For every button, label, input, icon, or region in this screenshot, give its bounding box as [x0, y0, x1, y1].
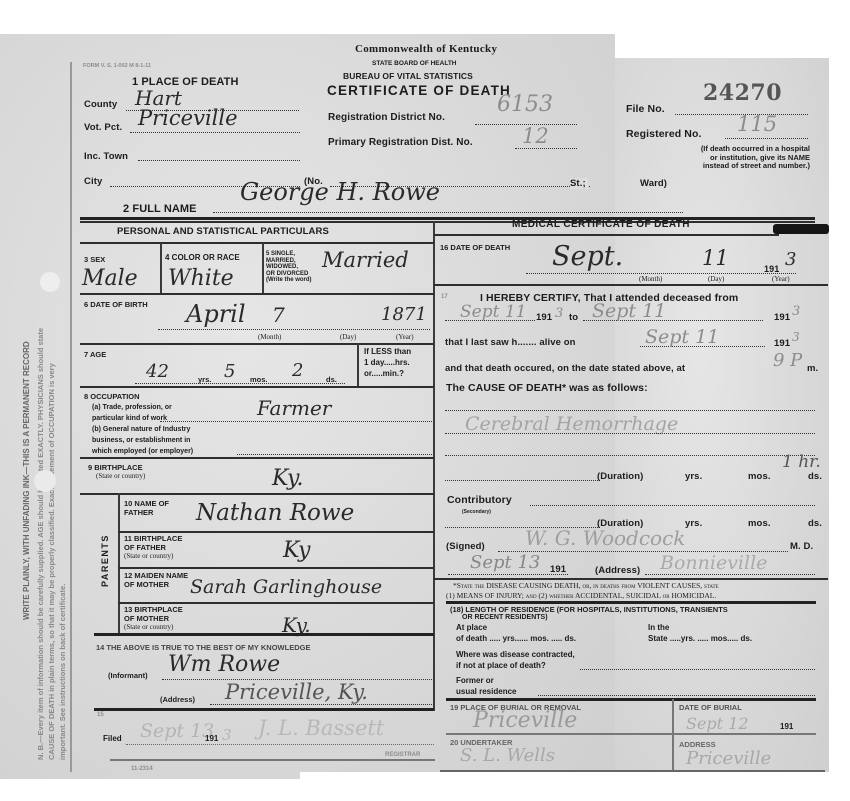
occupation-label: 8 OCCUPATION: [84, 392, 140, 401]
duration-line: [445, 480, 600, 481]
rule-parents: [80, 493, 434, 495]
hospital-note: (If death occurred in a hospital or inst…: [698, 145, 810, 171]
duration-yrs: yrs.: [685, 471, 702, 482]
birthplace-value[interactable]: Ky.: [272, 466, 304, 491]
where-contracted: Where was disease contracted,: [456, 650, 575, 659]
age-yrs-label: yrs.: [198, 375, 211, 384]
commonwealth-title: Commonwealth of Kentucky: [355, 43, 497, 55]
registrar-signature[interactable]: J. L. Bassett: [258, 716, 384, 740]
signed-date-year: 191: [550, 564, 566, 575]
occupation-value[interactable]: Farmer: [257, 396, 331, 420]
personal-heading: PERSONAL AND STATISTICAL PARTICULARS: [117, 226, 329, 237]
certify-number: 17: [441, 294, 448, 300]
at-place-label: At place: [456, 623, 487, 632]
registration-district-label: Registration District No.: [328, 112, 445, 123]
rule-top-2: [80, 221, 815, 223]
full-name-line: [213, 212, 683, 213]
full-name-label: 2 FULL NAME: [123, 203, 197, 215]
duration-ds: ds.: [808, 471, 822, 482]
informant-value[interactable]: Wm Rowe: [168, 652, 280, 677]
cause-line-2: [445, 433, 815, 434]
dob-year-caption: (Year): [396, 333, 414, 341]
dod-day[interactable]: 11: [702, 246, 729, 270]
in-the-label: In the: [648, 623, 669, 632]
filed-year-suffix[interactable]: 3: [222, 726, 232, 744]
mother-birthplace-label: 13 BIRTHPLACE OF MOTHER (State or countr…: [124, 606, 183, 632]
cause-text: The CAUSE OF DEATH* was as follows:: [446, 382, 648, 394]
scan-edge: [300, 772, 615, 782]
rule-certify: [434, 284, 828, 286]
occupation-line: [160, 421, 432, 422]
vot-pct-value[interactable]: Priceville: [138, 106, 238, 130]
contracted-line: [580, 669, 815, 670]
registered-no-value[interactable]: 115: [737, 112, 777, 136]
certificate-title: CERTIFICATE OF DEATH: [327, 83, 511, 98]
dob-label: 6 DATE OF BIRTH: [84, 300, 148, 309]
informant-heading: 14 THE ABOVE IS TRUE TO THE BEST OF MY K…: [96, 643, 310, 652]
mother-label: 12 MAIDEN NAME OF MOTHER: [124, 571, 188, 589]
attended-to-year-suffix[interactable]: 3: [792, 304, 800, 319]
margin-instructions-4: important. See instructions on back of c…: [58, 584, 67, 760]
rule-filed: [94, 708, 434, 711]
rule-bottom-left: [110, 759, 435, 761]
form-code: FORM V. S. 1-002 M 8-1-11: [83, 63, 151, 69]
form-footer: 11-2314: [131, 766, 153, 772]
rule-residence: [446, 601, 816, 604]
primary-registration-value[interactable]: 12: [522, 124, 549, 148]
divider-burial: [672, 699, 674, 771]
attended-to-year: 191: [774, 312, 790, 323]
signed-value[interactable]: W. G. Woodcock: [525, 526, 685, 550]
signed-date[interactable]: Sept 13: [470, 552, 540, 573]
attended-from-year-suffix[interactable]: 3: [555, 306, 563, 321]
rule-personal: [80, 242, 434, 244]
to-label: to: [569, 312, 578, 323]
if-not-place: if not at place of death?: [456, 661, 546, 670]
dob-year[interactable]: 1871: [381, 304, 427, 325]
scan-artifact: [773, 224, 829, 234]
father-label: 10 NAME OF FATHER: [124, 499, 169, 517]
dod-year-prefix: 191: [764, 264, 779, 274]
cause-value[interactable]: Cerebral Hemorrhage: [465, 413, 678, 435]
rule-burial: [446, 698, 816, 701]
punch-hole-top: [40, 272, 60, 292]
signed-address-line: [645, 574, 815, 575]
last-saw-year: 191: [774, 338, 790, 349]
occupation-line-2: [237, 454, 432, 455]
former-label: Former or: [456, 676, 494, 685]
attended-from-value[interactable]: Sept 11: [460, 302, 526, 322]
margin-instructions-1: WRITE PLAINLY, WITH UNFADING INK—THIS IS…: [22, 341, 31, 620]
signed-address-value[interactable]: Bonnieville: [660, 552, 767, 574]
filed-date[interactable]: Sept 13: [140, 720, 214, 742]
birthplace-label: 9 BIRTHPLACE: [88, 463, 143, 472]
race-value[interactable]: White: [168, 266, 234, 291]
last-saw-text: that I last saw h....... alive on: [445, 337, 576, 348]
st-label: St.;: [570, 178, 588, 189]
informant-address-value[interactable]: Priceville, Ky.: [225, 680, 368, 704]
margin-instructions-2: N. B.—Every item of information should b…: [36, 328, 45, 760]
mother-value[interactable]: Sarah Garlinghouse: [190, 576, 382, 598]
father-value[interactable]: Nathan Rowe: [196, 500, 354, 526]
burial-year: 191: [780, 722, 793, 731]
county-label: County: [84, 99, 117, 110]
dob-line: [158, 329, 430, 330]
rule-dob: [80, 293, 434, 295]
cause-line-3: [445, 455, 815, 456]
dod-year-caption: (Year): [772, 275, 790, 283]
dob-month[interactable]: April: [186, 300, 246, 328]
registrar-label: REGISTRAR: [385, 752, 420, 758]
filed-number: 15: [97, 712, 104, 718]
filed-line: [126, 744, 434, 745]
dob-day-caption: (Day): [340, 333, 356, 341]
footnote-1: *State the DISEASE CAUSING DEATH, or, in…: [453, 581, 719, 590]
age-line: [135, 383, 345, 384]
md-label: M. D.: [790, 541, 813, 552]
attended-to-value[interactable]: Sept 11: [592, 300, 666, 322]
rule-mother: [118, 567, 434, 569]
marital-label: 5 SINGLE, MARRIED, WIDOWED, OR DIVORCED …: [266, 251, 312, 284]
dod-day-caption: (Day): [708, 275, 724, 283]
sex-label: 3 SEX: [84, 255, 105, 264]
burial-date-label: DATE OF BURIAL: [679, 703, 742, 712]
date-of-death-line: [526, 273, 796, 274]
divider-center: [433, 221, 435, 711]
residence-heading-2: OR RECENT RESIDENTS): [462, 614, 548, 621]
undertaker-value[interactable]: S. L. Wells: [460, 745, 555, 766]
dob-day[interactable]: 7: [272, 303, 285, 327]
parents-label: PARENTS: [100, 534, 110, 587]
last-saw-year-suffix[interactable]: 3: [792, 330, 800, 344]
vot-pct-line: [130, 132, 300, 133]
signed-label: (Signed): [446, 541, 485, 552]
bureau-title: BUREAU OF VITAL STATISTICS: [343, 71, 473, 81]
age-ds-label: ds.: [326, 375, 337, 384]
cause-line-1: [445, 410, 815, 411]
divider-race: [262, 243, 264, 293]
divider-age: [357, 343, 359, 386]
age-years[interactable]: 42: [146, 361, 169, 382]
marital-value[interactable]: Married: [322, 248, 409, 272]
dod-month[interactable]: Sept.: [552, 241, 623, 272]
date-of-death-label: 16 DATE OF DEATH: [440, 243, 510, 252]
filed-label: Filed: [103, 734, 122, 743]
divider-parents: [118, 493, 120, 633]
rule-medical: [434, 234, 779, 236]
residence-heading: (18) LENGTH OF RESIDENCE (FOR HOSPITALS,…: [450, 605, 728, 614]
sex-value[interactable]: Male: [82, 266, 138, 291]
dod-month-caption: (Month): [639, 275, 662, 283]
duration-mos: mos.: [748, 471, 771, 482]
rule-occupation: [80, 386, 434, 388]
informant-address-line: [210, 704, 434, 705]
duration-value[interactable]: 1 hr.: [782, 452, 821, 472]
inc-town-line: [138, 160, 300, 161]
less-than-day: If LESS than 1 day.....hrs. or.....min.?: [364, 346, 411, 379]
inc-town-label: Inc. Town: [84, 151, 128, 162]
age-months[interactable]: 5: [224, 361, 235, 382]
rule-undertaker: [446, 733, 816, 735]
duration-yrs-2: yrs.: [685, 518, 702, 529]
informant-address-label: (Address): [160, 695, 195, 704]
rule-birthplace: [80, 457, 434, 459]
occupation-instructions: (a) Trade, profession, or particular kin…: [92, 402, 193, 457]
father-birthplace-value[interactable]: Ky: [283, 538, 310, 563]
duration-mos-2: mos.: [748, 518, 771, 529]
rule-father: [118, 531, 434, 533]
dob-month-caption: (Month): [258, 333, 281, 341]
file-no-value[interactable]: 24270: [703, 80, 782, 106]
state-board: STATE BOARD OF HEALTH: [372, 60, 457, 67]
signed-address-label: (Address): [595, 565, 640, 576]
rule-top: [80, 217, 815, 220]
medical-heading: MEDICAL CERTIFICATE OF DEATH: [512, 219, 690, 230]
full-name-value[interactable]: George H. Rowe: [240, 178, 440, 206]
m-label: m.: [807, 363, 818, 374]
age-days[interactable]: 2: [292, 360, 303, 381]
punch-hole-bottom: [34, 470, 56, 492]
frame-left: [70, 62, 72, 772]
residence-line: [538, 695, 815, 696]
time-of-death[interactable]: 9 P: [773, 350, 802, 371]
rule-age: [80, 343, 434, 345]
secondary-label: (Secondary): [462, 509, 491, 515]
dod-year-suffix[interactable]: 3: [785, 249, 796, 270]
city-label: City: [84, 176, 102, 187]
contributory-label: Contributory: [447, 494, 512, 506]
registered-no-line: [725, 138, 808, 139]
race-label: 4 COLOR OR RACE: [165, 253, 240, 262]
father-birthplace-label: 11 BIRTHPLACE OF FATHER (State or countr…: [124, 535, 182, 561]
file-no-label: File No.: [626, 103, 665, 115]
footnote-2: (1) MEANS OF INJURY; and (2) whether ACC…: [446, 591, 716, 600]
of-death-label: of death ..... yrs...... mos. ..... ds.: [456, 634, 576, 643]
usual-residence-label: usual residence: [456, 687, 516, 696]
burial-date-value[interactable]: Sept 12: [686, 714, 749, 733]
undertaker-address-value[interactable]: Priceville: [686, 748, 771, 769]
primary-registration-line: [515, 148, 577, 149]
occurred-text: and that death occured, on the date stat…: [445, 363, 685, 374]
filed-year-prefix: 191: [205, 734, 218, 743]
duration-label: (Duration): [597, 471, 643, 482]
contributory-line: [530, 505, 815, 506]
rule-mother-birthplace: [118, 602, 434, 604]
burial-value[interactable]: Priceville: [473, 708, 577, 733]
last-saw-value[interactable]: Sept 11: [645, 326, 719, 348]
age-label: 7 AGE: [84, 350, 106, 359]
duration-ds-2: ds.: [808, 518, 822, 529]
attended-from-year: 191: [536, 312, 552, 323]
rule-informant: [94, 633, 434, 636]
age-mos-label: mos.: [250, 375, 268, 384]
informant-label: (Informant): [108, 671, 148, 680]
primary-registration-label: Primary Registration Dist. No.: [328, 137, 473, 148]
registered-no-label: Registered No.: [626, 128, 702, 140]
rule-footnote: [434, 578, 828, 580]
margin-instructions-3: CAUSE OF DEATH in plain terms, so that i…: [47, 363, 56, 760]
vot-pct-label: Vot. Pct.: [84, 122, 122, 133]
rule-bottom-right: [440, 770, 825, 772]
divider-sex: [160, 243, 162, 293]
state-label: State .....yrs. ..... mos..... ds.: [648, 634, 752, 643]
ward-label: Ward): [640, 178, 667, 189]
registration-district-value[interactable]: 6153: [497, 92, 553, 117]
birthplace-sub: (State or country): [96, 472, 145, 480]
